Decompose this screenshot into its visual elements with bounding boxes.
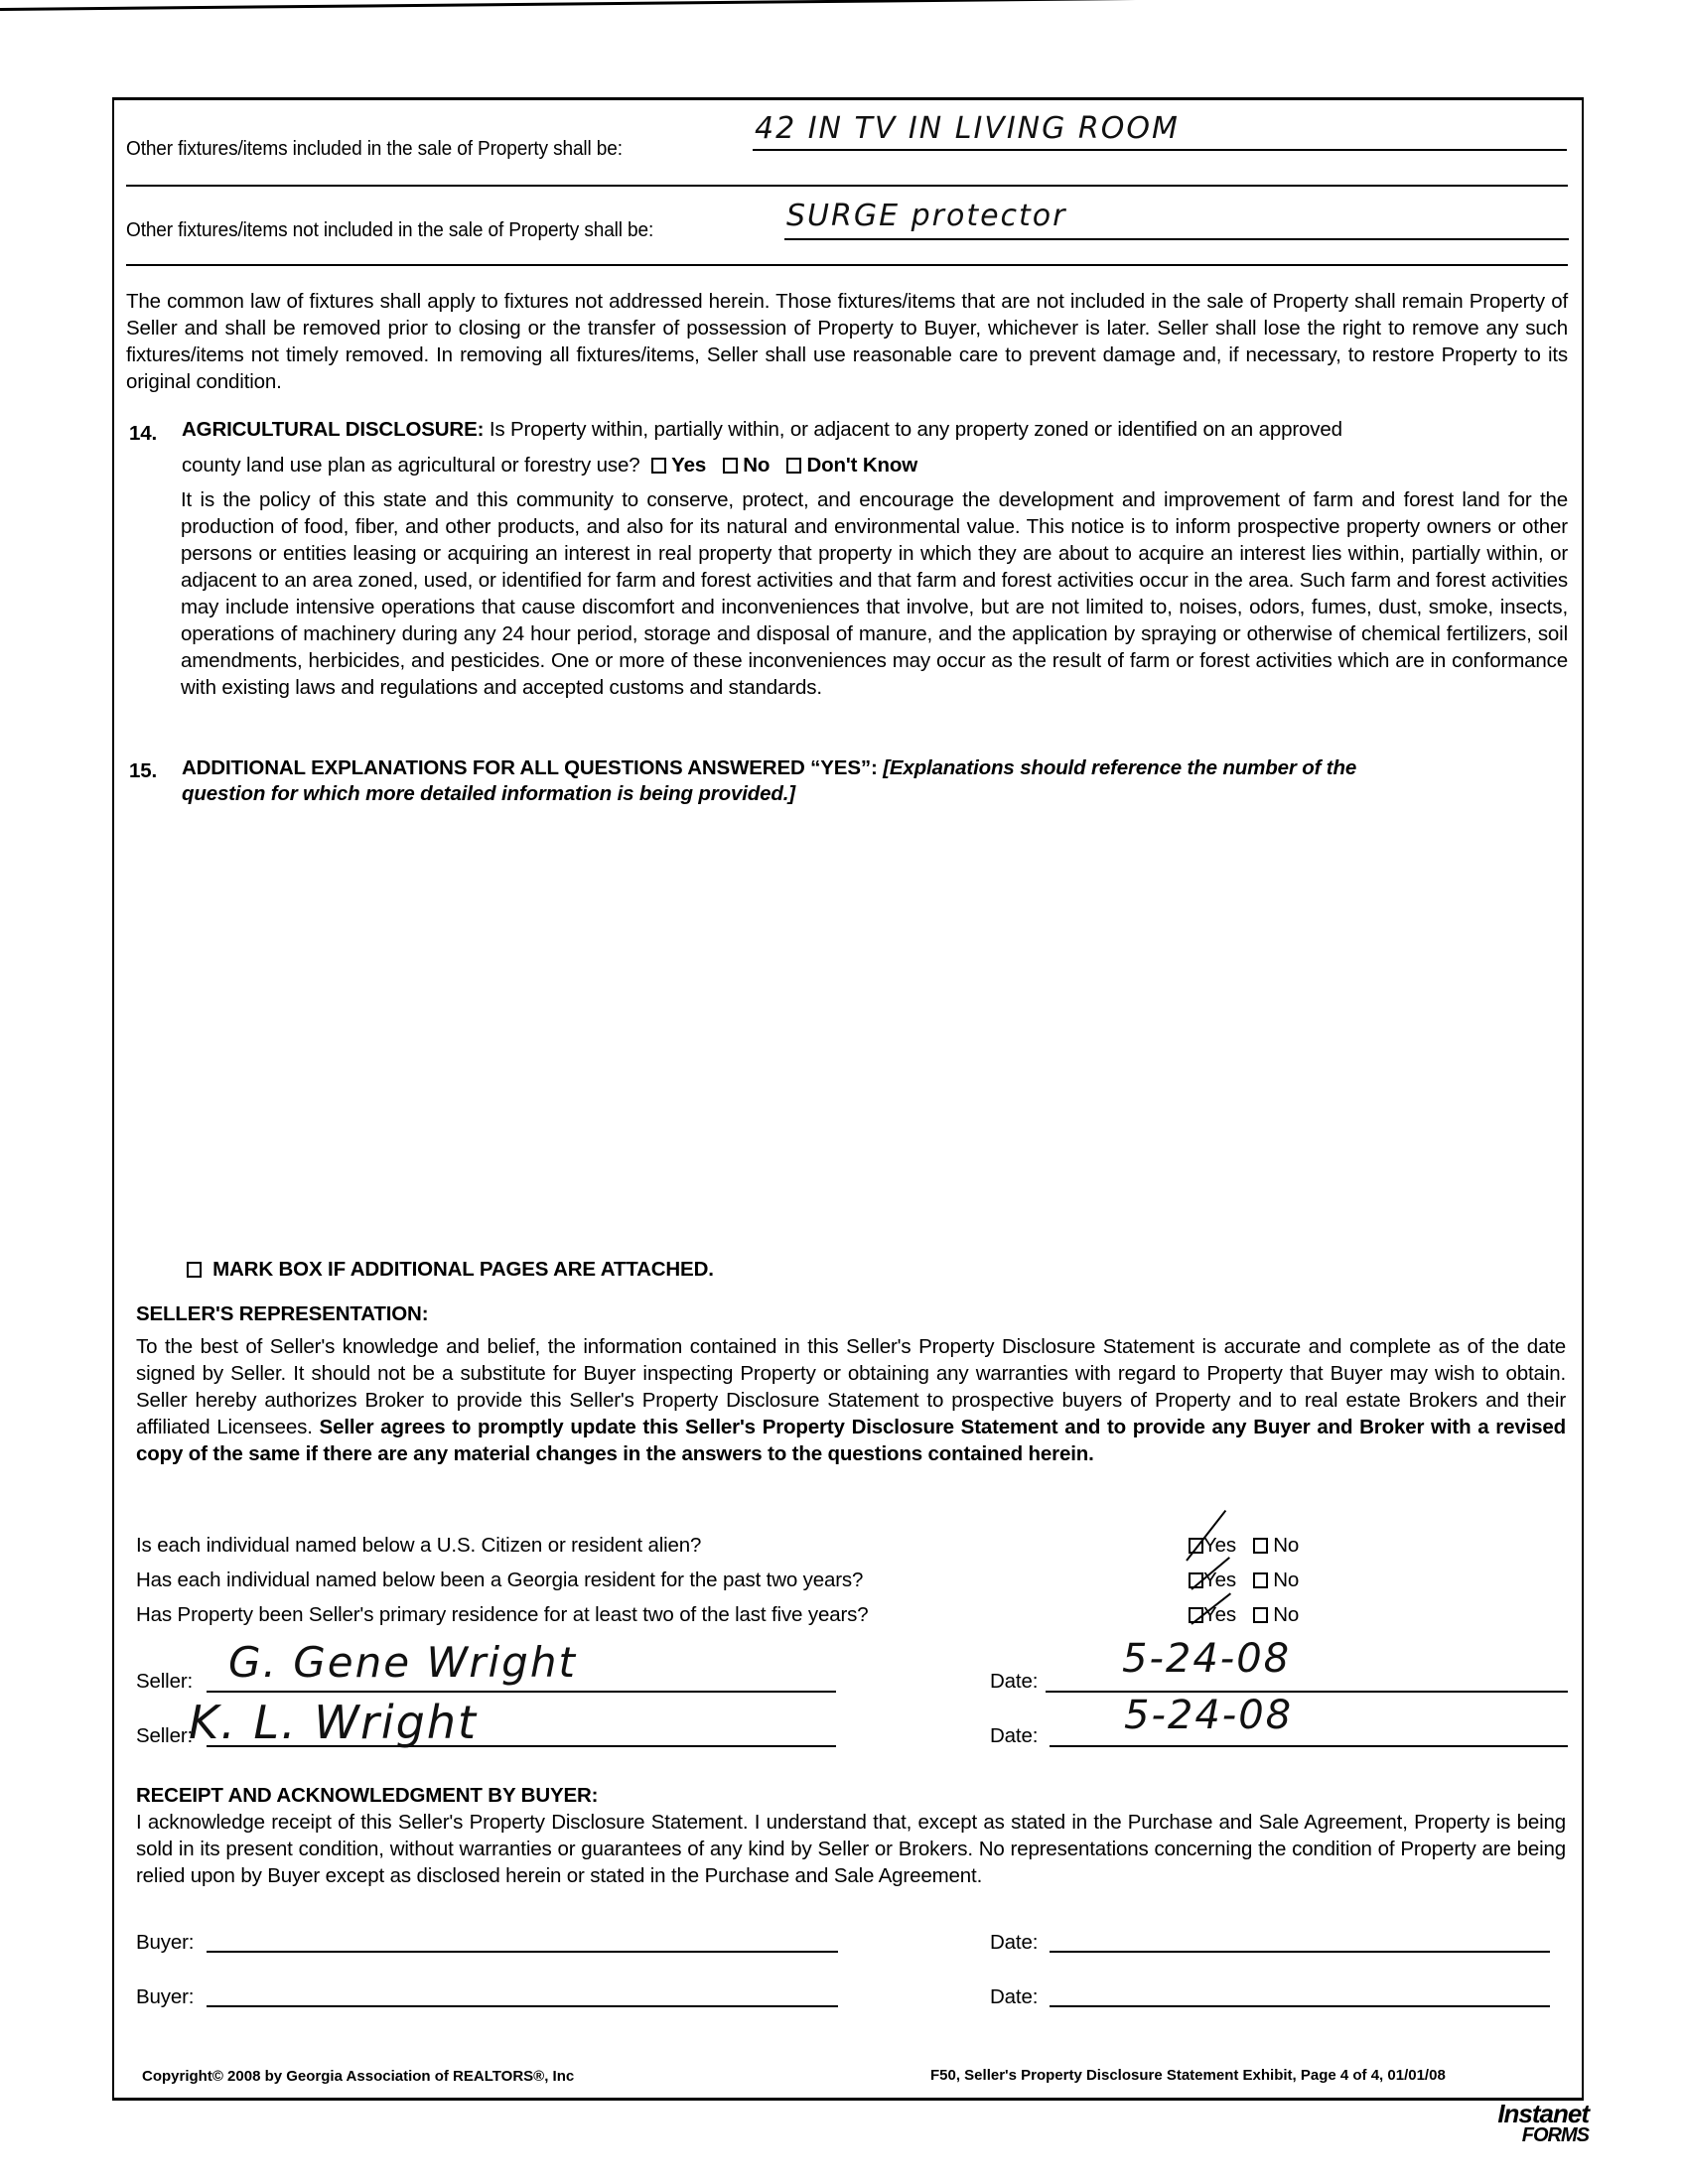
fixtures-included-line2 bbox=[126, 185, 1568, 187]
seller-question-3: Has Property been Seller's primary resid… bbox=[136, 1601, 868, 1628]
seller-representation-bold: Seller agrees to promptly update this Se… bbox=[136, 1416, 1566, 1465]
buyer-1-label: Buyer: bbox=[136, 1929, 194, 1956]
seller-1-signature-line bbox=[207, 1691, 836, 1693]
seller-q2-yes-label: Yes bbox=[1203, 1569, 1236, 1591]
section-14-heading: AGRICULTURAL DISCLOSURE: bbox=[182, 418, 484, 441]
seller-1-label: Seller: bbox=[136, 1668, 193, 1695]
buyer-2-label: Buyer: bbox=[136, 1983, 194, 2010]
section-14-question: AGRICULTURAL DISCLOSURE: Is Property wit… bbox=[182, 416, 1567, 443]
seller-2-label: Seller: bbox=[136, 1722, 193, 1749]
footer-copyright: Copyright© 2008 by Georgia Association o… bbox=[142, 2068, 574, 2085]
additional-pages-checkbox[interactable] bbox=[187, 1262, 202, 1278]
seller-q3-no-label: No bbox=[1273, 1603, 1299, 1626]
seller-representation-text: To the best of Seller's knowledge and be… bbox=[136, 1333, 1566, 1467]
fixtures-included-field[interactable]: 42 IN TV IN LIVING ROOM bbox=[755, 111, 1180, 146]
section-15-heading: ADDITIONAL EXPLANATIONS FOR ALL QUESTION… bbox=[182, 756, 878, 779]
agri-no-label: No bbox=[743, 454, 770, 477]
fixtures-included-underline bbox=[753, 149, 1567, 151]
agri-dont-know-label: Don't Know bbox=[806, 454, 917, 477]
section-14-number: 14. bbox=[129, 420, 157, 447]
fixtures-not-included-underline bbox=[784, 238, 1569, 240]
additional-explanations-area[interactable] bbox=[182, 814, 1567, 1231]
seller-2-date[interactable]: 5-24-08 bbox=[1124, 1693, 1293, 1738]
seller-q3-no-checkbox[interactable] bbox=[1253, 1607, 1268, 1623]
buyer-receipt-heading: RECEIPT AND ACKNOWLEDGMENT BY BUYER: bbox=[136, 1782, 598, 1809]
buyer-1-date-field[interactable] bbox=[1050, 1951, 1550, 1953]
additional-pages-row: MARK BOX IF ADDITIONAL PAGES ARE ATTACHE… bbox=[187, 1256, 714, 1283]
scan-edge-line bbox=[0, 0, 1460, 11]
seller-q1-yes-label: Yes bbox=[1203, 1534, 1236, 1557]
seller-q1-no-label: No bbox=[1273, 1534, 1299, 1557]
seller-2-date-line bbox=[1050, 1745, 1568, 1747]
fixtures-not-included-field[interactable]: SURGE protector bbox=[786, 199, 1066, 233]
agricultural-policy-text: It is the policy of this state and this … bbox=[181, 486, 1568, 701]
buyer-2-signature-field[interactable] bbox=[207, 2005, 838, 2007]
fixtures-not-included-label: Other fixtures/items not included in the… bbox=[126, 216, 653, 243]
seller-q2-no-checkbox[interactable] bbox=[1253, 1572, 1268, 1588]
agri-no-checkbox[interactable] bbox=[723, 458, 738, 474]
buyer-1-date-label: Date: bbox=[990, 1929, 1038, 1956]
seller-representation-heading: SELLER'S REPRESENTATION: bbox=[136, 1300, 428, 1327]
seller-q2-no-label: No bbox=[1273, 1569, 1299, 1591]
additional-pages-label: MARK BOX IF ADDITIONAL PAGES ARE ATTACHE… bbox=[212, 1258, 714, 1281]
common-law-paragraph: The common law of fixtures shall apply t… bbox=[126, 288, 1568, 395]
seller-q3-yes-label: Yes bbox=[1203, 1603, 1236, 1626]
seller-2-date-label: Date: bbox=[990, 1722, 1038, 1749]
fixtures-included-label: Other fixtures/items included in the sal… bbox=[126, 135, 623, 162]
agri-yes-label: Yes bbox=[671, 454, 706, 477]
seller-question-1: Is each individual named below a U.S. Ci… bbox=[136, 1532, 701, 1559]
section-15-number: 15. bbox=[129, 757, 157, 784]
section-15-instruction-1: [Explanations should reference the numbe… bbox=[883, 756, 1356, 779]
section-14-question-line2: county land use plan as agricultural or … bbox=[182, 454, 640, 477]
section-15-instruction-2: question for which more detailed informa… bbox=[182, 780, 795, 807]
buyer-1-signature-field[interactable] bbox=[207, 1951, 838, 1953]
section-14-question-line1: Is Property within, partially within, or… bbox=[490, 418, 1342, 441]
logo-line-1: Instanet bbox=[1420, 2103, 1589, 2124]
instanet-forms-logo: Instanet FORMS bbox=[1420, 2103, 1589, 2146]
seller-question-2: Has each individual named below been a G… bbox=[136, 1567, 863, 1593]
seller-1-date[interactable]: 5-24-08 bbox=[1122, 1636, 1291, 1682]
seller-1-signature[interactable]: G. Gene Wright bbox=[228, 1638, 577, 1687]
section-14-options: county land use plan as agricultural or … bbox=[182, 452, 917, 478]
section-15-heading-row: ADDITIONAL EXPLANATIONS FOR ALL QUESTION… bbox=[182, 754, 1572, 781]
fixtures-not-included-line2 bbox=[126, 264, 1568, 266]
seller-q2-options: Yes No bbox=[1189, 1567, 1299, 1593]
agri-dont-know-checkbox[interactable] bbox=[786, 458, 801, 474]
buyer-receipt-text: I acknowledge receipt of this Seller's P… bbox=[136, 1809, 1566, 1889]
seller-1-date-label: Date: bbox=[990, 1668, 1038, 1695]
agri-yes-checkbox[interactable] bbox=[651, 458, 666, 474]
footer-form-id: F50, Seller's Property Disclosure Statem… bbox=[930, 2067, 1446, 2084]
buyer-2-date-field[interactable] bbox=[1050, 2005, 1550, 2007]
buyer-2-date-label: Date: bbox=[990, 1983, 1038, 2010]
seller-2-signature[interactable]: K. L. Wright bbox=[189, 1696, 478, 1749]
seller-q1-no-checkbox[interactable] bbox=[1253, 1538, 1268, 1554]
